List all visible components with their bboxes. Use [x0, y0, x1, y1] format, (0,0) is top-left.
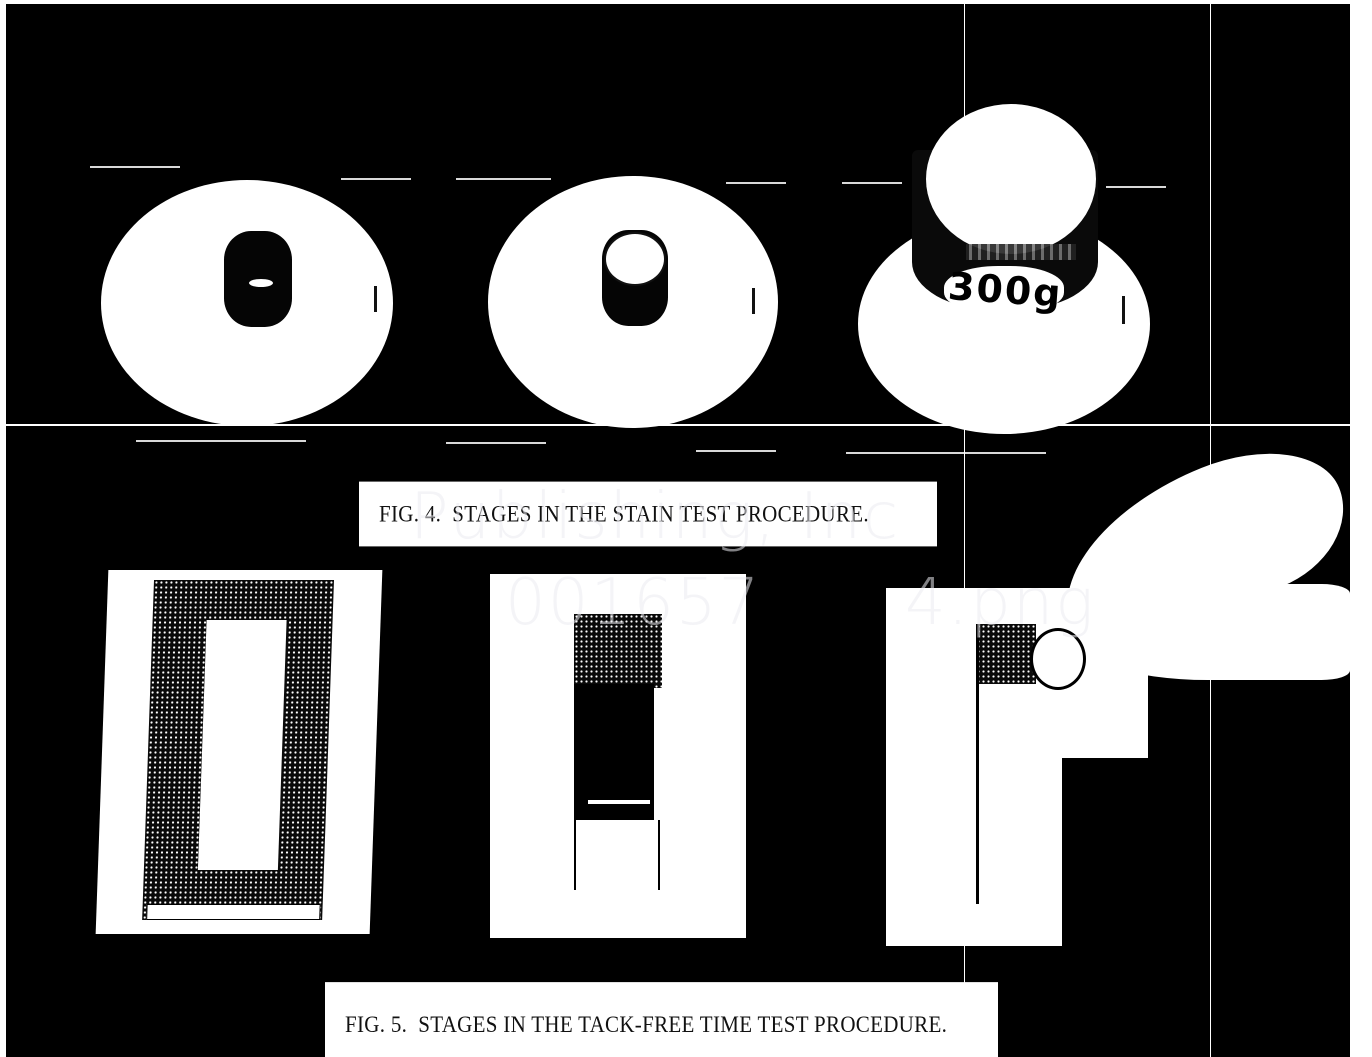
speck	[696, 450, 776, 452]
speck	[446, 442, 546, 444]
speck	[726, 182, 786, 184]
thumb-tip	[1030, 628, 1086, 690]
weight-label: 300g	[947, 264, 1064, 316]
speck	[1106, 186, 1166, 188]
hand-palm	[1066, 584, 1350, 680]
scanned-page: 300g FIG. 4. STAGES IN THE STAIN TEST	[0, 0, 1372, 1057]
strip-edge	[976, 624, 979, 904]
fig4-stage3-mark	[1122, 296, 1125, 324]
strip-edge	[658, 820, 660, 890]
sealant-area	[976, 624, 1036, 684]
sealant-edge	[588, 800, 650, 804]
speck	[456, 178, 551, 180]
fig4-caption: FIG. 4. STAGES IN THE STAIN TEST PROCEDU…	[359, 482, 937, 547]
frame-base	[146, 904, 321, 920]
fig5-caption: FIG. 5. STAGES IN THE TACK-FREE TIME TES…	[325, 982, 998, 1057]
strip-edge	[574, 820, 576, 890]
fig4-stage1-highlight	[249, 279, 273, 287]
speck	[136, 440, 306, 442]
fig4-stage2-cap	[604, 232, 666, 286]
weight-top	[926, 104, 1096, 254]
shadow	[1062, 758, 1148, 948]
speck	[846, 452, 1046, 454]
speck	[90, 166, 180, 168]
divider-line	[6, 424, 1350, 426]
photo-plate: 300g FIG. 4. STAGES IN THE STAIN TEST	[6, 4, 1350, 1057]
speck	[341, 178, 411, 180]
weight-band	[966, 244, 1076, 260]
fig5-stage2-panel	[490, 574, 746, 938]
fig5-stage1-panel	[96, 570, 383, 934]
sealant-textured	[574, 614, 662, 688]
fig4-stage1-mark	[374, 286, 377, 312]
fig4-stage2-mark	[752, 288, 755, 314]
frame-opening	[198, 620, 287, 870]
speck	[842, 182, 902, 184]
